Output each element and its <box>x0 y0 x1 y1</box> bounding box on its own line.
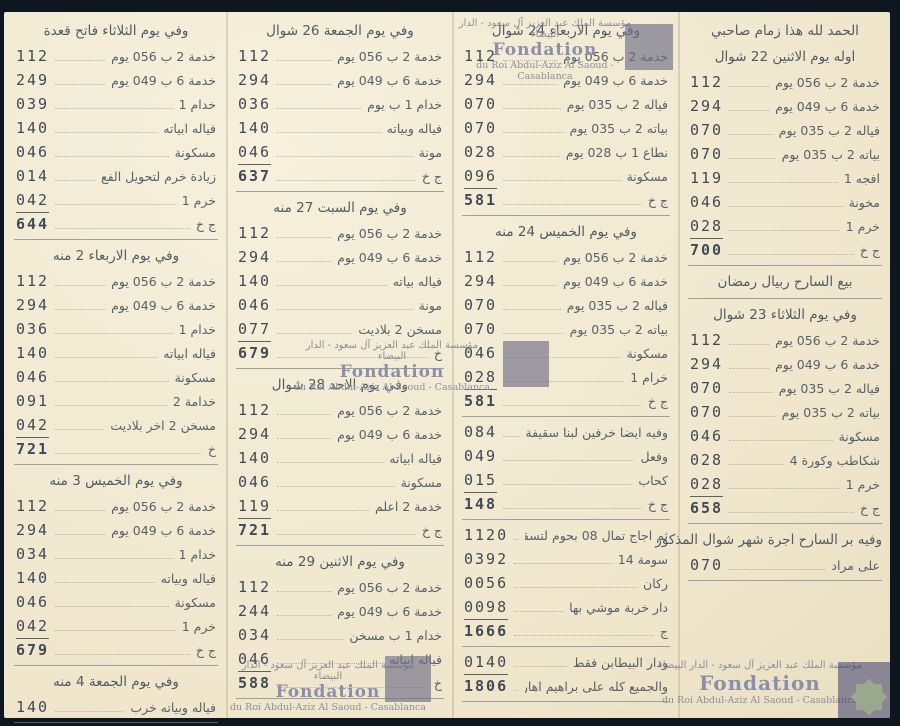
row-label: فياله ابياته <box>389 447 442 471</box>
ledger-row: مسخن 2 اخر بلاديت042 <box>6 413 226 437</box>
row-value: 119 <box>690 166 723 190</box>
row-value: 049 <box>464 444 497 468</box>
total-label: خ <box>434 672 442 696</box>
row-label: فياله 2 ب 035 يوم <box>567 294 668 318</box>
row-leader <box>277 477 395 487</box>
ledger-column-center-right: وفي يوم الاربعاء 24 شوالخدمة 2 ب 056 يوم… <box>454 12 678 718</box>
ledger-row: فياله 2 ب 035 يوم070 <box>680 376 890 400</box>
ledger-section: وفي يوم الخميس 3 منهخدمة 2 ب 056 يوم112خ… <box>6 468 226 666</box>
total-label: ج خ <box>648 493 668 517</box>
ledger-row: بياته 2 ب 035 يوم070 <box>680 142 890 166</box>
ledger-row: وفيه ايضا خرفين لبنا سقيفة084 <box>454 420 678 444</box>
row-leader <box>277 51 331 61</box>
row-value: 034 <box>238 623 271 647</box>
row-value: 070 <box>690 553 723 577</box>
ledger-total-row: ج خ644 <box>6 212 226 236</box>
section-title: وفي يوم الجمعة 4 منه <box>6 669 226 695</box>
ledger-section: وفيه ايضا خرفين لبنا سقيفة084وفعل049كحاب… <box>454 420 678 520</box>
row-label: فياله بياته <box>393 270 442 294</box>
section-divider <box>688 298 882 299</box>
total-value: 644 <box>16 212 49 236</box>
row-value: 084 <box>464 420 497 444</box>
ledger-section: ثم اجاج تمال 08 بحوم لتسقيف ماذكر1120سوم… <box>454 523 678 647</box>
row-value: 112 <box>16 494 49 518</box>
row-label: خدام 1 <box>179 543 216 567</box>
row-value: 112 <box>690 328 723 352</box>
row-label: خدمة 2 ب 056 يوم <box>775 71 880 95</box>
row-leader <box>729 335 769 345</box>
total-value: 581 <box>464 188 497 212</box>
ledger-row: مسكونة046 <box>6 590 226 614</box>
row-leader <box>55 195 176 205</box>
row-leader <box>514 530 519 540</box>
section-divider <box>14 464 218 465</box>
row-leader <box>503 451 634 461</box>
row-value: 294 <box>690 94 723 118</box>
section-divider <box>462 416 670 417</box>
ledger-row: خدمة 6 ب 049 يوم294 <box>454 269 678 293</box>
row-leader <box>277 582 331 592</box>
row-label: بياته 2 ب 035 يوم <box>782 401 880 425</box>
row-value: 036 <box>16 317 49 341</box>
row-value: 046 <box>690 424 723 448</box>
row-leader <box>55 420 104 430</box>
section-title: وفي يوم الجمعة 26 شوال <box>228 18 452 44</box>
row-label: بياته 2 ب 035 يوم <box>570 117 668 141</box>
ledger-section: بيع السارح ربيال رمضان <box>680 269 890 299</box>
total-label: ج <box>660 620 668 644</box>
ledger-row: فياله بياته140 <box>228 269 452 293</box>
row-leader <box>55 99 172 109</box>
row-value: 015 <box>464 468 497 493</box>
total-label: ج خ <box>648 189 668 213</box>
row-label: زيادة خرم لتحويل الفع <box>101 165 216 189</box>
row-leader <box>55 549 172 559</box>
ledger-row: خدمة 2 ب 056 يوم112 <box>228 221 452 245</box>
row-label: خدمة 6 ب 049 يوم <box>775 353 880 377</box>
row-label: مسكونة <box>627 342 668 366</box>
row-label: خدمة 2 ب 056 يوم <box>337 222 442 246</box>
row-leader <box>55 276 105 286</box>
ledger-row: فياله ابياته140 <box>228 446 452 470</box>
row-label: فياله وبياته <box>161 567 216 591</box>
ledger-row: مسكونة046 <box>228 470 452 494</box>
row-value: 249 <box>16 68 49 92</box>
row-leader <box>503 300 561 310</box>
section-title: اوله يوم الاثنين 22 شوال <box>680 44 890 70</box>
section-divider <box>462 646 670 647</box>
section-title: وفي يوم الثلاثاء 23 شوال <box>680 302 890 328</box>
row-value: 294 <box>238 422 271 446</box>
row-value: 112 <box>238 575 271 599</box>
row-leader <box>55 300 105 310</box>
row-value: 1120 <box>464 523 508 547</box>
total-value: 658 <box>690 496 723 520</box>
row-leader <box>729 359 769 369</box>
row-label: خرم 1 <box>846 215 880 239</box>
row-leader <box>55 444 202 454</box>
ledger-row: خدمة 6 ب 049 يوم294 <box>228 68 452 92</box>
row-label: خدمة 2 ب 056 يوم <box>111 270 216 294</box>
row-value: 294 <box>690 352 723 376</box>
row-label: خدمة 2 ب 056 يوم <box>775 329 880 353</box>
row-value: 140 <box>16 116 49 140</box>
row-leader <box>55 372 169 382</box>
row-label: فياله ابياته <box>163 117 216 141</box>
ledger-row: خرام 1028 <box>454 365 678 389</box>
row-value: 140 <box>238 116 271 140</box>
row-value: 294 <box>464 269 497 293</box>
ledger-row: خدمة 2 اعلم119 <box>228 494 452 518</box>
ledger-row: مسخن 2 بلاديت077 <box>228 317 452 341</box>
row-label: بياته 2 ب 035 يوم <box>782 143 880 167</box>
ledger-total-row: ج خ721 <box>228 518 452 542</box>
ledger-row: خدمة 2 ب 056 يوم112 <box>228 398 452 422</box>
row-leader <box>729 149 776 159</box>
row-value: 140 <box>16 695 49 719</box>
row-leader <box>55 147 169 157</box>
row-leader <box>277 99 361 109</box>
row-leader <box>503 51 557 61</box>
row-label: وفعل <box>640 445 668 469</box>
row-leader <box>729 173 838 183</box>
row-value: 070 <box>690 376 723 400</box>
ledger-row: كحاب015 <box>454 468 678 492</box>
row-value: 046 <box>464 341 497 365</box>
section-divider <box>14 722 218 723</box>
row-label: ركان <box>643 572 668 596</box>
ledger-row: فياله ابياته140 <box>6 116 226 140</box>
ledger-row: خدمة 2 ب 056 يوم112 <box>680 328 890 352</box>
ledger-row: مسكونة046 <box>680 424 890 448</box>
row-leader <box>729 431 833 441</box>
row-leader <box>55 501 105 511</box>
total-label: ج خ <box>422 519 442 543</box>
row-label: خدمة 6 ب 049 يوم <box>111 294 216 318</box>
row-leader <box>55 525 105 535</box>
ledger-row: زيادة خرم لتحويل الفع014 <box>6 164 226 188</box>
row-leader <box>729 221 840 231</box>
row-label: مونة <box>419 141 442 165</box>
ledger-row: فياله ابياته140 <box>6 341 226 365</box>
row-leader <box>277 606 331 616</box>
total-label: خ <box>208 438 216 462</box>
row-value: 028 <box>690 214 723 239</box>
row-value: 042 <box>16 614 49 639</box>
ledger-row: مونة046 <box>228 293 452 317</box>
row-value: 077 <box>238 317 271 342</box>
ledger-section: وفي يوم الجمعة 4 منهفياله وبياته خرب140 <box>6 669 226 723</box>
ledger-section: وفي يوم السبت 27 منهخدمة 2 ب 056 يوم112خ… <box>228 195 452 369</box>
ledger-row: ثم اجاج تمال 08 بحوم لتسقيف ماذكر1120 <box>454 523 678 547</box>
total-label: ج خ <box>196 639 216 663</box>
ledger-row: خدام 1 ب يوم036 <box>228 92 452 116</box>
ledger-row: دار خربة موشي بها0098 <box>454 595 678 619</box>
ledger-row: ركان0056 <box>454 571 678 595</box>
ledger-section: وفي يوم الثلاثاء فاتح قعدةخدمة 2 ب 056 ي… <box>6 18 226 240</box>
total-label: ج خ <box>860 497 880 521</box>
row-label: خدمة 2 ب 056 يوم <box>337 576 442 600</box>
row-value: 112 <box>16 44 49 68</box>
total-value: 581 <box>464 389 497 413</box>
row-leader <box>503 252 557 262</box>
row-leader <box>729 503 854 513</box>
row-value: 042 <box>16 188 49 213</box>
row-label: خدمة 6 ب 049 يوم <box>111 69 216 93</box>
ledger-row: خدام 1034 <box>6 542 226 566</box>
row-leader <box>55 396 167 406</box>
row-label: خدمة 2 ب 056 يوم <box>111 45 216 69</box>
row-leader <box>277 123 381 133</box>
ledger-row: خدام 1039 <box>6 92 226 116</box>
ledger-total-row: ج خ581 <box>454 188 678 212</box>
ledger-row: فياله وبياته خرب140 <box>6 695 226 719</box>
row-leader <box>277 453 383 463</box>
row-leader <box>277 171 416 181</box>
row-leader <box>503 171 621 181</box>
row-leader <box>503 499 642 509</box>
ledger-row: فياله 2 ب 035 يوم070 <box>454 293 678 317</box>
row-leader <box>55 324 172 334</box>
total-value: 721 <box>16 437 49 461</box>
row-label: ودار البيطابن فقط <box>573 651 668 675</box>
row-leader <box>55 123 157 133</box>
total-value: 721 <box>238 518 271 542</box>
ledger-row: بياته 2 ب 035 يوم070 <box>454 116 678 140</box>
row-leader <box>277 501 369 511</box>
section-divider <box>462 215 670 216</box>
ledger-row: بياته 2 ب 035 يوم070 <box>454 317 678 341</box>
ledger-total-row: ج خ148 <box>454 492 678 516</box>
row-leader <box>503 396 642 406</box>
ledger-total-row: خ679 <box>228 341 452 365</box>
row-label: خرام 1 <box>630 366 668 390</box>
row-leader <box>503 99 561 109</box>
row-value: 039 <box>16 92 49 116</box>
ledger-row: خدمة 6 ب 049 يوم294 <box>228 245 452 269</box>
ledger-row: خدمة 2 ب 056 يوم112 <box>454 245 678 269</box>
row-label: خرم 1 <box>182 189 216 213</box>
row-leader <box>503 276 557 286</box>
row-label: بياته 2 ب 035 يوم <box>570 318 668 342</box>
row-leader <box>514 626 654 636</box>
section-title: وفي يوم الاثنين 29 منه <box>228 549 452 575</box>
section-divider <box>236 191 444 192</box>
row-leader <box>55 219 190 229</box>
total-value: 679 <box>16 638 49 662</box>
section-title: وفي يوم السبت 27 منه <box>228 195 452 221</box>
section-title: وفي يوم الثلاثاء فاتح قعدة <box>6 18 226 44</box>
ledger-row: فياله 2 ب 035 يوم070 <box>680 118 890 142</box>
row-value: 028 <box>464 365 497 390</box>
total-label: ج خ <box>196 213 216 237</box>
ledger-row: فياله وبياته140 <box>228 116 452 140</box>
row-leader <box>729 560 825 570</box>
row-value: 046 <box>16 365 49 389</box>
section-title: وفي يوم الاحد 28 شوال <box>228 372 452 398</box>
ledger-row: خدمة 2 ب 056 يوم112 <box>6 494 226 518</box>
row-value: 046 <box>238 470 271 494</box>
ledger-row: مونة046 <box>228 140 452 164</box>
ledger-row: فياله وبياته140 <box>6 566 226 590</box>
row-label: فياله 2 ب 035 يوم <box>567 93 668 117</box>
row-value: 112 <box>238 44 271 68</box>
total-label: خ <box>434 342 442 366</box>
ledger-column-center-left: وفي يوم الجمعة 26 شوالخدمة 2 ب 056 يوم11… <box>228 12 452 718</box>
row-label: دار خربة موشي بها <box>569 596 668 620</box>
row-label: خدمة 2 ب 056 يوم <box>337 45 442 69</box>
row-value: 014 <box>16 164 49 188</box>
row-value: 112 <box>464 44 497 68</box>
ledger-row: نطاع 1 ب 028 يوم028 <box>454 140 678 164</box>
row-leader <box>55 51 105 61</box>
row-label: خدمة 6 ب 049 يوم <box>337 69 442 93</box>
row-value: 140 <box>16 566 49 590</box>
row-leader <box>55 171 95 181</box>
ledger-row: خدمة 6 ب 049 يوم244 <box>228 599 452 623</box>
row-label: خدمة 6 ب 049 يوم <box>337 423 442 447</box>
row-value: 070 <box>690 118 723 142</box>
ledger-row: خدمة 6 ب 049 يوم294 <box>454 68 678 92</box>
row-label: خدمة 2 ب 056 يوم <box>563 246 668 270</box>
ledger-row: على مراد070 <box>680 553 890 577</box>
row-label: خدامة 2 <box>173 390 216 414</box>
row-value: 034 <box>16 542 49 566</box>
row-label: خدمة 2 ب 056 يوم <box>111 495 216 519</box>
row-label: مونة <box>419 294 442 318</box>
row-value: 046 <box>16 590 49 614</box>
row-leader <box>277 147 413 157</box>
row-label: خرم 1 <box>182 615 216 639</box>
ledger-row: خدمة 6 ب 049 يوم294 <box>680 352 890 376</box>
row-value: 112 <box>16 269 49 293</box>
row-leader <box>729 245 854 255</box>
ledger-section: وفيه بر السارح اجرة شهر شوال المذكورعلى … <box>680 527 890 581</box>
ledger-row: وفعل049 <box>454 444 678 468</box>
section-title: بيع السارح ربيال رمضان <box>680 269 890 295</box>
row-label: خدمة 6 ب 049 يوم <box>111 519 216 543</box>
row-value: 046 <box>16 140 49 164</box>
row-value: 0056 <box>464 571 508 595</box>
row-leader <box>729 455 784 465</box>
row-leader <box>277 429 331 439</box>
row-leader <box>277 252 331 262</box>
row-leader <box>277 276 387 286</box>
row-label: خدمة 6 ب 049 يوم <box>337 246 442 270</box>
row-label: فياله ابياته <box>163 342 216 366</box>
ledger-row: خدمة 2 ب 056 يوم112 <box>228 44 452 68</box>
section-divider <box>236 545 444 546</box>
row-label: خدمة 2 اعلم <box>375 495 442 519</box>
row-value: 294 <box>238 68 271 92</box>
row-leader <box>729 77 769 87</box>
total-value: 700 <box>690 238 723 262</box>
row-leader <box>277 630 343 640</box>
row-leader <box>277 525 416 535</box>
ledger-row: خدمة 2 ب 056 يوم112 <box>6 269 226 293</box>
ledger-row: خرم 1042 <box>6 614 226 638</box>
ledger-row: بياته 2 ب 035 يوم070 <box>680 400 890 424</box>
row-label: مسكونة <box>175 591 216 615</box>
row-label: ثم اجاج تمال 08 بحوم لتسقيف ماذكر <box>525 524 668 548</box>
ledger-row: خرم 1028 <box>680 214 890 238</box>
row-value: 036 <box>238 92 271 116</box>
row-value: 119 <box>238 494 271 519</box>
section-title: وفيه بر السارح اجرة شهر شوال المذكور <box>680 527 890 553</box>
row-leader <box>277 324 352 334</box>
row-label: خدمة 6 ب 049 يوم <box>337 600 442 624</box>
ledger-section: وفي يوم الاربعاء 2 منهخدمة 2 ب 056 يوم11… <box>6 243 226 465</box>
row-leader <box>55 645 190 655</box>
row-value: 0392 <box>464 547 508 571</box>
row-value: 244 <box>238 599 271 623</box>
row-label: مسكونة <box>175 141 216 165</box>
row-leader <box>277 75 331 85</box>
ledger-row: مسكونة046 <box>454 341 678 365</box>
row-label: خدمة 2 ب 056 يوم <box>337 399 442 423</box>
section-title: وفي يوم الخميس 24 منه <box>454 219 678 245</box>
ledger-row: خدمة 2 ب 056 يوم112 <box>680 70 890 94</box>
row-value: 070 <box>464 293 497 317</box>
row-value: 140 <box>238 269 271 293</box>
row-label: مسكونة <box>401 471 442 495</box>
total-value: 588 <box>238 671 271 695</box>
row-label: مسكونة <box>175 366 216 390</box>
row-leader <box>729 383 773 393</box>
row-value: 294 <box>16 293 49 317</box>
row-value: 294 <box>16 518 49 542</box>
row-leader <box>503 75 557 85</box>
watermark-star-icon <box>856 684 882 710</box>
row-value: 042 <box>16 413 49 438</box>
ledger-row: فياله 2 ب 035 يوم070 <box>454 92 678 116</box>
row-value: 028 <box>464 140 497 164</box>
total-label: ج خ <box>648 390 668 414</box>
row-leader <box>503 427 519 437</box>
total-value: 1806 <box>464 674 508 698</box>
row-label: نطاع 1 ب 028 يوم <box>566 141 668 165</box>
row-value: 070 <box>464 116 497 140</box>
row-leader <box>277 348 428 358</box>
row-leader <box>277 228 331 238</box>
row-value: 112 <box>238 398 271 422</box>
ledger-row: ودار البيطابن فقط0140 <box>454 650 678 674</box>
row-leader <box>503 195 642 205</box>
row-leader <box>514 578 637 588</box>
row-label: مسكونة <box>627 165 668 189</box>
section-title: وفي يوم الخميس 3 منه <box>6 468 226 494</box>
row-leader <box>277 405 331 415</box>
ledger-row: خدمة 6 ب 049 يوم294 <box>680 94 890 118</box>
ledger-row: خدمة 6 ب 049 يوم249 <box>6 68 226 92</box>
row-leader <box>55 348 157 358</box>
ledger-total-row: خ721 <box>6 437 226 461</box>
total-value: 637 <box>238 164 271 188</box>
row-value: 046 <box>690 190 723 214</box>
row-value: 070 <box>690 400 723 424</box>
row-value: 070 <box>690 142 723 166</box>
row-leader <box>55 621 176 631</box>
row-leader <box>729 197 843 207</box>
row-label: فياله وبياته خرب <box>130 696 216 720</box>
total-label: والجميع كله على براهيم اهاريز <box>525 675 668 699</box>
row-leader <box>503 147 560 157</box>
section-divider <box>688 523 882 524</box>
row-value: 112 <box>690 70 723 94</box>
row-leader <box>503 324 564 334</box>
row-label: افجه 1 <box>844 167 880 191</box>
row-value: 046 <box>238 140 271 165</box>
